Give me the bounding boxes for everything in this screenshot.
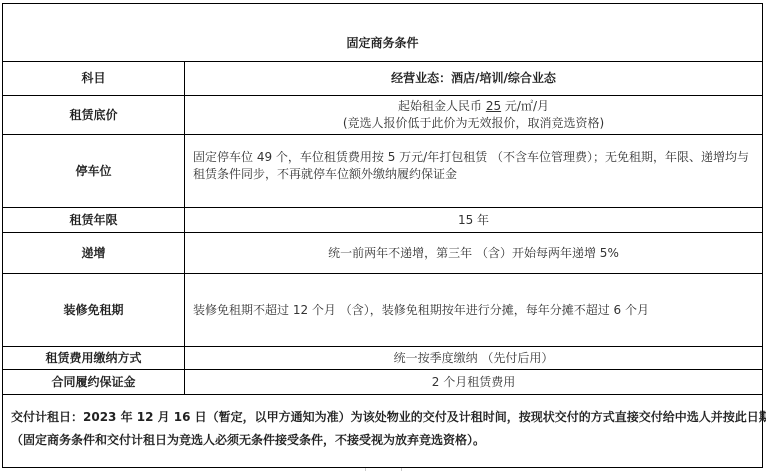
base-rent-unit: 元/㎡/月 <box>501 99 549 113</box>
base-rent-prefix: 起始租金人民币 <box>398 99 486 113</box>
row-label-lease-term: 租赁年限 <box>3 208 185 233</box>
row-value-payment-method: 统一按季度缴纳 （先付后用） <box>185 347 763 370</box>
table-row-parking: 停车位 固定停车位 49 个，车位租赁费用按 5 万元/年打包租赁 （不含车位管… <box>3 135 763 208</box>
row-value-fitout-free-period: 装修免租期不超过 12 个月 （含），装修免租期按年进行分摊，每年分摊不超过 6… <box>185 274 763 347</box>
footer-notes: 交付计租日：2023 年 12 月 16 日（暂定，以甲方通知为准）为该处物业的… <box>3 395 763 468</box>
table-row-fitout-free-period: 装修免租期 装修免租期不超过 12 个月 （含），装修免租期按年进行分摊，每年分… <box>3 274 763 347</box>
row-label-performance-deposit: 合同履约保证金 <box>3 370 185 395</box>
row-value-lease-term: 15 年 <box>185 208 763 233</box>
row-label-escalation: 递增 <box>3 233 185 274</box>
base-rent-note: (竞选人报价低于此价为无效报价，取消竞选资格) <box>185 115 762 132</box>
row-label-fitout-free-period: 装修免租期 <box>3 274 185 347</box>
table-row-escalation: 递增 统一前两年不递增，第三年 （含）开始每两年递增 5% <box>3 233 763 274</box>
row-value-base-rent: 起始租金人民币 25 元/㎡/月 (竞选人报价低于此价为无效报价，取消竞选资格) <box>185 96 763 135</box>
footer-row: 交付计租日：2023 年 12 月 16 日（暂定，以甲方通知为准）为该处物业的… <box>3 395 763 468</box>
row-value-escalation: 统一前两年不递增，第三年 （含）开始每两年递增 5% <box>185 233 763 274</box>
footer-delivery-date-note: 交付计租日：2023 年 12 月 16 日（暂定，以甲方通知为准）为该处物业的… <box>11 409 756 426</box>
row-label-base-rent: 租赁底价 <box>3 96 185 135</box>
table-title: 固定商务条件 <box>3 4 763 62</box>
table-row-lease-term: 租赁年限 15 年 <box>3 208 763 233</box>
base-rent-line: 起始租金人民币 25 元/㎡/月 <box>185 98 762 115</box>
base-rent-amount: 25 <box>486 99 501 113</box>
header-value: 经营业态：酒店/培训/综合业态 <box>185 62 763 96</box>
table-row-payment-method: 租赁费用缴纳方式 统一按季度缴纳 （先付后用） <box>3 347 763 370</box>
title-row: 固定商务条件 <box>3 4 763 62</box>
footer-mandatory-conditions-note: （固定商务条件和交付计租日为竞选人必须无条件接受条件，不接受视为放弃竞选资格）。 <box>11 432 756 449</box>
row-label-payment-method: 租赁费用缴纳方式 <box>3 347 185 370</box>
fixed-business-terms-table: 固定商务条件 科目 经营业态：酒店/培训/综合业态 租赁底价 起始租金人民币 2… <box>2 3 763 468</box>
decorative-mark <box>365 468 402 471</box>
table-row-base-rent: 租赁底价 起始租金人民币 25 元/㎡/月 (竞选人报价低于此价为无效报价，取消… <box>3 96 763 135</box>
row-label-parking: 停车位 <box>3 135 185 208</box>
row-value-performance-deposit: 2 个月租赁费用 <box>185 370 763 395</box>
table-row-performance-deposit: 合同履约保证金 2 个月租赁费用 <box>3 370 763 395</box>
header-row: 科目 经营业态：酒店/培训/综合业态 <box>3 62 763 96</box>
row-value-parking: 固定停车位 49 个，车位租赁费用按 5 万元/年打包租赁 （不含车位管理费）；… <box>185 135 763 208</box>
header-label: 科目 <box>3 62 185 96</box>
